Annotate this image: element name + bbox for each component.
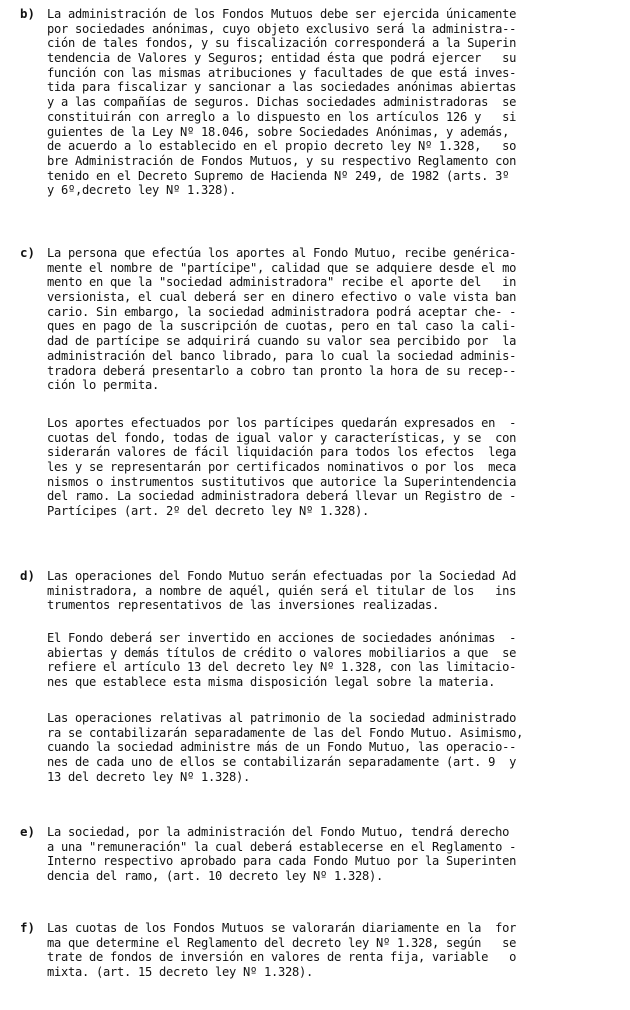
text-line: por sociedades anónimas, cuyo objeto exc…: [47, 22, 617, 37]
text-line: 13 del decreto ley Nº 1.328).: [47, 770, 617, 785]
text-line: versionista, el cual deberá ser en diner…: [47, 290, 617, 305]
text-line: ra se contabilizarán separadamente de la…: [47, 726, 617, 741]
text-line: dencia del ramo, (art. 10 decreto ley Nº…: [47, 869, 617, 884]
text-line: nes que establece esta misma disposición…: [47, 675, 617, 690]
text-line: mente el nombre de "partícipe", calidad …: [47, 261, 617, 276]
text-line: Las cuotas de los Fondos Mutuos se valor…: [47, 921, 617, 936]
text-line: y 6º,decreto ley Nº 1.328).: [47, 183, 617, 198]
text-line: dad de partícipe se adquirirá cuando su …: [47, 334, 617, 349]
text-line: nes de cada uno de ellos se contabilizar…: [47, 755, 617, 770]
text-line: tradora deberá presentarlo a cobro tan p…: [47, 364, 617, 379]
text-line: Las operaciones del Fondo Mutuo serán ef…: [47, 569, 617, 584]
text-line: Partícipes (art. 2º del decreto ley Nº 1…: [47, 504, 617, 519]
text-line: Interno respectivo aprobado para cada Fo…: [47, 854, 617, 869]
text-line: y a las compañías de seguros. Dichas soc…: [47, 95, 617, 110]
text-line: a una "remuneración" la cual deberá esta…: [47, 840, 617, 855]
text-line: de acuerdo a lo establecido en el propio…: [47, 139, 617, 154]
text-line: trate de fondos de inversión en valores …: [47, 950, 617, 965]
text-line: tendencia de Valores y Seguros; entidad …: [47, 51, 617, 66]
paragraph: La persona que efectúa los aportes al Fo…: [47, 246, 617, 393]
document-page: b) La administración de los Fondos Mutuo…: [0, 0, 630, 1010]
text-line: ción lo permita.: [47, 378, 617, 393]
text-line: del ramo. La sociedad administradora deb…: [47, 489, 617, 504]
text-line: Los aportes efectuados por los partícipe…: [47, 416, 617, 431]
paragraph: La administración de los Fondos Mutuos d…: [47, 7, 617, 198]
section-marker: d): [20, 569, 35, 584]
text-line: refiere el artículo 13 del decreto ley N…: [47, 660, 617, 675]
text-line: administración del banco librado, para l…: [47, 349, 617, 364]
text-line: mento en que la "sociedad administradora…: [47, 275, 617, 290]
text-line: trumentos representativos de las inversi…: [47, 598, 617, 613]
text-line: Las operaciones relativas al patrimonio …: [47, 711, 617, 726]
paragraph: Las operaciones del Fondo Mutuo serán ef…: [47, 569, 617, 613]
section-marker: e): [20, 825, 35, 840]
text-line: La sociedad, por la administración del F…: [47, 825, 617, 840]
text-line: cuando la sociedad administre más de un …: [47, 740, 617, 755]
text-line: cario. Sin embargo, la sociedad administ…: [47, 305, 617, 320]
text-line: La persona que efectúa los aportes al Fo…: [47, 246, 617, 261]
text-line: nismos o instrumentos sustitutivos que a…: [47, 475, 617, 490]
text-line: ción de tales fondos, y su fiscalización…: [47, 36, 617, 51]
text-line: El Fondo deberá ser invertido en accione…: [47, 631, 617, 646]
text-line: tida para fiscalizar y sancionar a las s…: [47, 80, 617, 95]
text-line: ministradora, a nombre de aquél, quién s…: [47, 584, 617, 599]
text-line: abiertas y demás títulos de crédito o va…: [47, 646, 617, 661]
text-line: ques en pago de la suscripción de cuotas…: [47, 319, 617, 334]
paragraph: Las cuotas de los Fondos Mutuos se valor…: [47, 921, 617, 980]
text-line: guientes de la Ley Nº 18.046, sobre Soci…: [47, 125, 617, 140]
section-marker: f): [20, 921, 35, 936]
text-line: tenido en el Decreto Supremo de Hacienda…: [47, 169, 617, 184]
text-line: función con las mismas atribuciones y fa…: [47, 66, 617, 81]
section-marker: b): [20, 7, 35, 22]
text-line: siderarán valores de fácil liquidación p…: [47, 445, 617, 460]
section-marker: c): [20, 246, 35, 261]
text-line: La administración de los Fondos Mutuos d…: [47, 7, 617, 22]
paragraph: El Fondo deberá ser invertido en accione…: [47, 631, 617, 690]
paragraph: La sociedad, por la administración del F…: [47, 825, 617, 884]
text-line: constituirán con arreglo a lo dispuesto …: [47, 110, 617, 125]
text-line: cuotas del fondo, todas de igual valor y…: [47, 431, 617, 446]
text-line: mixta. (art. 15 decreto ley Nº 1.328).: [47, 965, 617, 980]
text-line: les y se representarán por certificados …: [47, 460, 617, 475]
paragraph: Los aportes efectuados por los partícipe…: [47, 416, 617, 519]
paragraph: Las operaciones relativas al patrimonio …: [47, 711, 617, 784]
text-line: ma que determine el Reglamento del decre…: [47, 936, 617, 951]
text-line: bre Administración de Fondos Mutuos, y s…: [47, 154, 617, 169]
